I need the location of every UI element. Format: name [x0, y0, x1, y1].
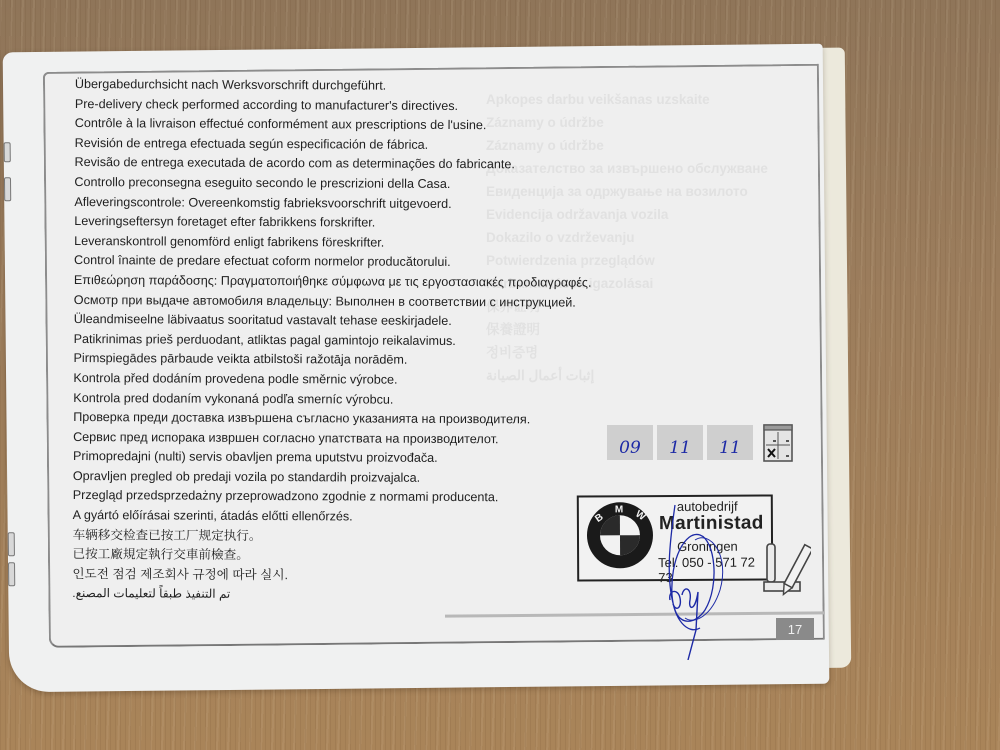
- statement-el: Επιθεώρηση παράδοσης: Πραγματοποιήθηκε σ…: [74, 271, 592, 293]
- statement-et: Üleandmiseelne läbivaatus sooritatud vas…: [74, 310, 592, 332]
- date-entry[interactable]: 09 11 11: [607, 425, 753, 460]
- statement-lt: Patikrinimas prieš perduodant, atliktas …: [74, 330, 592, 352]
- binding-clip-top-2: [4, 177, 11, 201]
- bmw-logo: B M W: [585, 500, 655, 570]
- binding-clip-bottom: [8, 532, 15, 556]
- statement-hu: A gyártó előírásai szerinti, átadás előt…: [73, 506, 591, 528]
- date-month-field[interactable]: 11: [657, 425, 703, 460]
- statement-en: Pre-delivery check performed according t…: [75, 95, 593, 117]
- ruler-pencil-icon: [763, 540, 811, 602]
- statement-zh-cn: 车辆移交检查已按工厂规定执行。: [73, 526, 591, 548]
- statement-sk: Kontrola pred dodaním vykonaná podľa sme…: [73, 388, 591, 410]
- statement-it: Controllo preconsegna eseguito secondo l…: [74, 173, 592, 195]
- statement-ru: Осмотр при выдаче автомобиля владельцу: …: [74, 291, 592, 313]
- statement-nl: Afleveringscontrole: Overeenkomstig fabr…: [74, 193, 592, 215]
- binding-clip-top: [4, 142, 11, 162]
- statement-lv: Pirmspiegādes pārbaude veikta atbilstoši…: [73, 349, 591, 371]
- pre-delivery-statements: Übergabedurchsicht nach Werksvorschrift …: [72, 75, 592, 607]
- stamp-subtitle: autobedrijf: [677, 499, 738, 514]
- statement-ro: Control înainte de predare efectuat cofo…: [74, 251, 592, 273]
- statement-ko: 인도전 점검 제조회사 규정에 따라 실시.: [72, 565, 590, 587]
- statement-fr: Contrôle à la livraison effectué conform…: [75, 114, 593, 136]
- statement-cs: Kontrola před dodáním provedena podle sm…: [73, 369, 591, 391]
- statement-sr: Primopredajni (nulti) servis obavljen pr…: [73, 447, 591, 469]
- date-day-field[interactable]: 09: [607, 425, 653, 460]
- stamp-phone: Tel. 050 - 571 72 73: [658, 554, 771, 585]
- statement-ar: تم التنفيذ طبقاً لتعليمات المصنع.: [72, 584, 590, 606]
- statement-bg: Проверка преди доставка извършена съглас…: [73, 408, 591, 430]
- date-year-field[interactable]: 11: [707, 425, 753, 460]
- statement-sl: Opravljen pregled ob predaji vozila po s…: [73, 467, 591, 489]
- statement-pt: Revisão de entrega executada de acordo c…: [74, 153, 592, 175]
- stamp-city: Groningen: [677, 539, 738, 554]
- statement-da: Leveringseftersyn foretaget efter fabrik…: [74, 212, 592, 234]
- statement-mk: Сервис пред испорака извршен согласно уп…: [73, 428, 591, 450]
- dealer-stamp: B M W autobedrijf Martinistad Groningen …: [577, 494, 773, 581]
- statement-es: Revisión de entrega efectuada según espe…: [75, 134, 593, 156]
- statement-zh-tw: 已按工廠規定執行交車前檢查。: [72, 545, 590, 567]
- binding-clip-bottom-2: [8, 562, 15, 586]
- page-number: 17: [776, 618, 814, 640]
- calendar-icon: [763, 424, 793, 462]
- statement-sv: Leveranskontroll genomförd enligt fabrik…: [74, 232, 592, 254]
- statement-pl: Przegląd przedsprzedażny przeprowadzono …: [73, 486, 591, 508]
- statement-de: Übergabedurchsicht nach Werksvorschrift …: [75, 75, 593, 97]
- bmw-letter-m: M: [615, 504, 623, 515]
- stamp-dealer-name: Martinistad: [659, 513, 764, 536]
